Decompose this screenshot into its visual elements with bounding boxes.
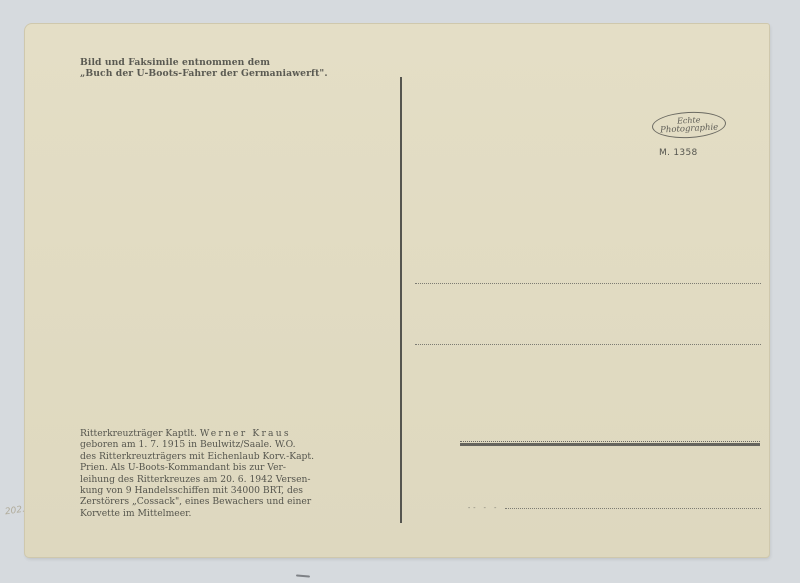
address-line-3-underlined [460, 441, 760, 446]
postal-prefix: -- - - [467, 504, 505, 512]
address-line-1 [415, 283, 761, 284]
postcard-back: Bild und Faksimile entnommen dem „Buch d… [25, 24, 769, 557]
caption-line-7: Zerstörers „Cossack", eines Bewachers un… [80, 496, 380, 507]
address-line-postal: -- - - [467, 504, 761, 512]
model-number: M. 1358 [659, 148, 698, 158]
source-credit-line-2: „Buch der U-Boots-Fahrer der Germaniawer… [80, 68, 328, 79]
caption-line-5: leihung des Ritterkreuzes am 20. 6. 1942… [80, 474, 380, 485]
caption-line-1: Ritterkreuzträger Kaptlt. Werner Kraus [80, 428, 380, 439]
caption-line-8: Korvette im Mittelmeer. [80, 508, 380, 519]
desk-mark [296, 574, 310, 577]
caption-line-2: geboren am 1. 7. 1915 in Beulwitz/Saale.… [80, 439, 380, 450]
source-credit-line-1: Bild und Faksimile entnommen dem [80, 57, 328, 68]
caption-line-6: kung von 9 Handelsschiffen mit 34000 BRT… [80, 485, 380, 496]
caption-line-3: des Ritterkreuzträgers mit Eichenlaub Ko… [80, 451, 380, 462]
postal-dotted-line [505, 508, 761, 509]
echte-photographie-stamp-icon: Echte Photographie [651, 110, 726, 140]
source-credit: Bild und Faksimile entnommen dem „Buch d… [80, 57, 328, 79]
caption-line-4: Prien. Als U-Boots-Kommandant bis zur Ve… [80, 462, 380, 473]
pencil-note: 202. [4, 505, 25, 518]
biography-caption: Ritterkreuzträger Kaptlt. Werner Kraus g… [80, 428, 380, 519]
stamp-line-2: Photographie [660, 123, 718, 135]
caption-name: Werner Kraus [200, 428, 291, 439]
address-line-2 [415, 344, 761, 345]
vertical-divider [400, 77, 402, 523]
